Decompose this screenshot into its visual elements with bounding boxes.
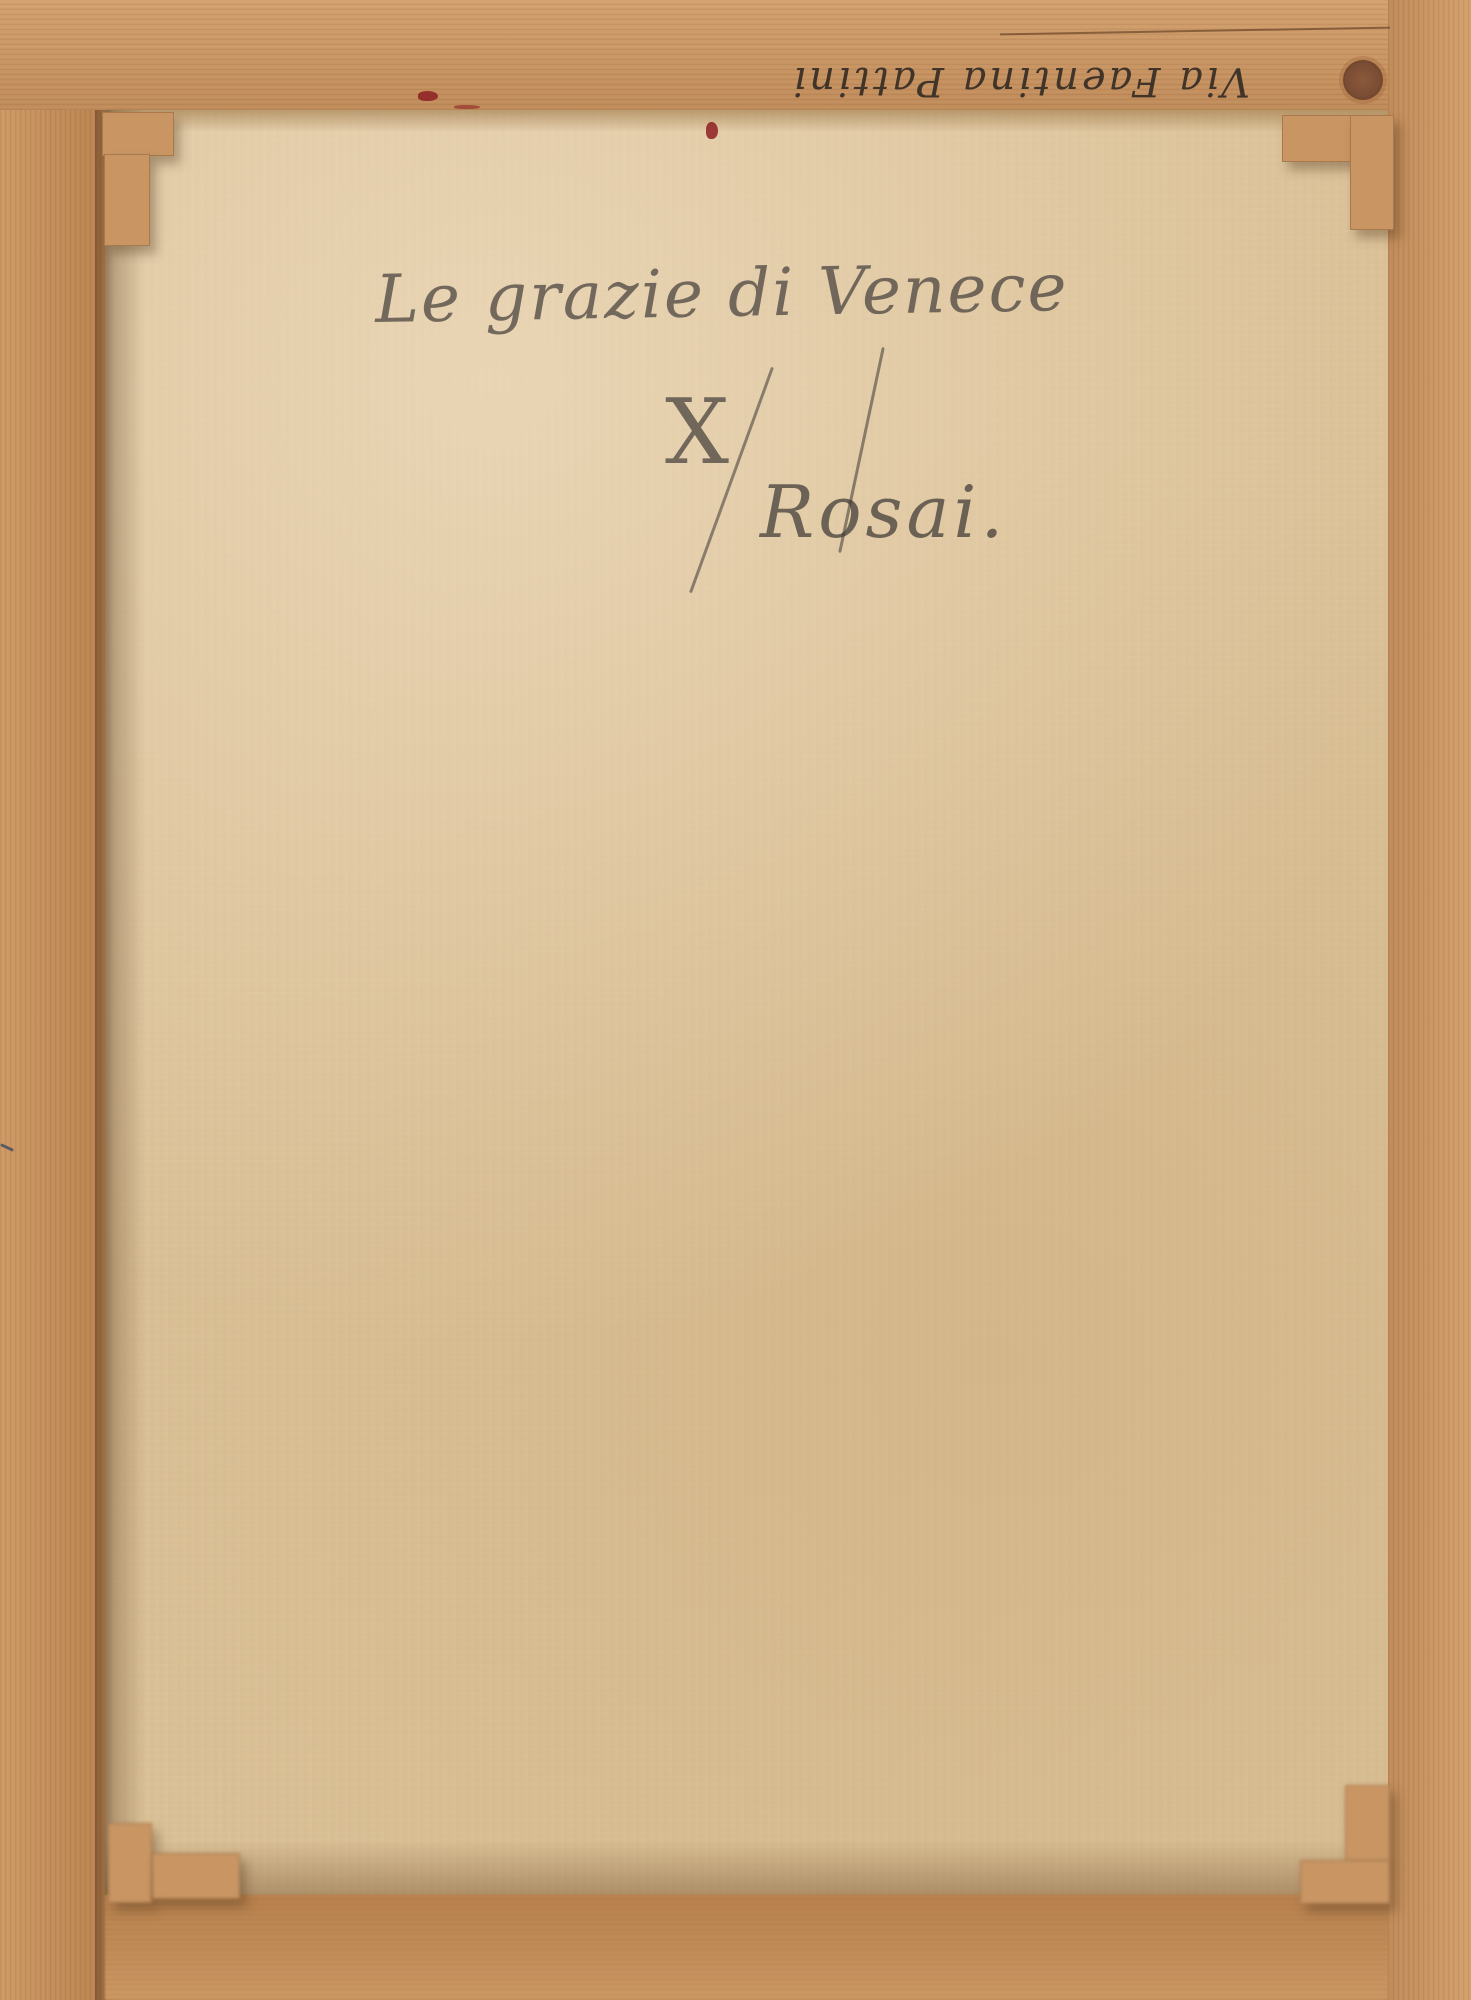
artist-signature: Rosai. (760, 470, 1007, 554)
red-paint-spot (418, 91, 438, 101)
wood-knot (1343, 60, 1383, 100)
stretcher-right-bar (1388, 0, 1471, 2000)
corner-key-bottom-left-horizontal (152, 1853, 240, 1899)
red-paint-spot (706, 122, 718, 139)
canvas-top-shadow (105, 110, 1388, 132)
red-paint-smear (454, 105, 480, 109)
frame-inscription: Via Faentina Pattini (690, 58, 1250, 104)
corner-key-bottom-left-vertical (108, 1823, 152, 1903)
stretcher-bottom-bar (105, 1895, 1388, 2000)
canvas-back (105, 110, 1388, 1895)
stretcher-left-bar (0, 110, 105, 2000)
canvas-title-inscription: Le grazie di Venece (374, 249, 1069, 338)
canvas-cross-mark: X (665, 380, 729, 485)
canvas-bottom-shadow (105, 1840, 1388, 1895)
corner-key-top-left-horizontal (102, 112, 174, 156)
corner-key-top-left-vertical (104, 154, 150, 246)
painting-reverse-scene: Via Faentina Pattini Le grazie di Venece… (0, 0, 1471, 2000)
corner-key-bottom-right-horizontal (1300, 1860, 1390, 1904)
corner-key-bottom-right-vertical (1345, 1785, 1390, 1862)
corner-key-top-right-horizontal (1282, 115, 1354, 162)
corner-key-top-right-vertical (1350, 115, 1394, 230)
left-bar-shadow (95, 110, 115, 2000)
